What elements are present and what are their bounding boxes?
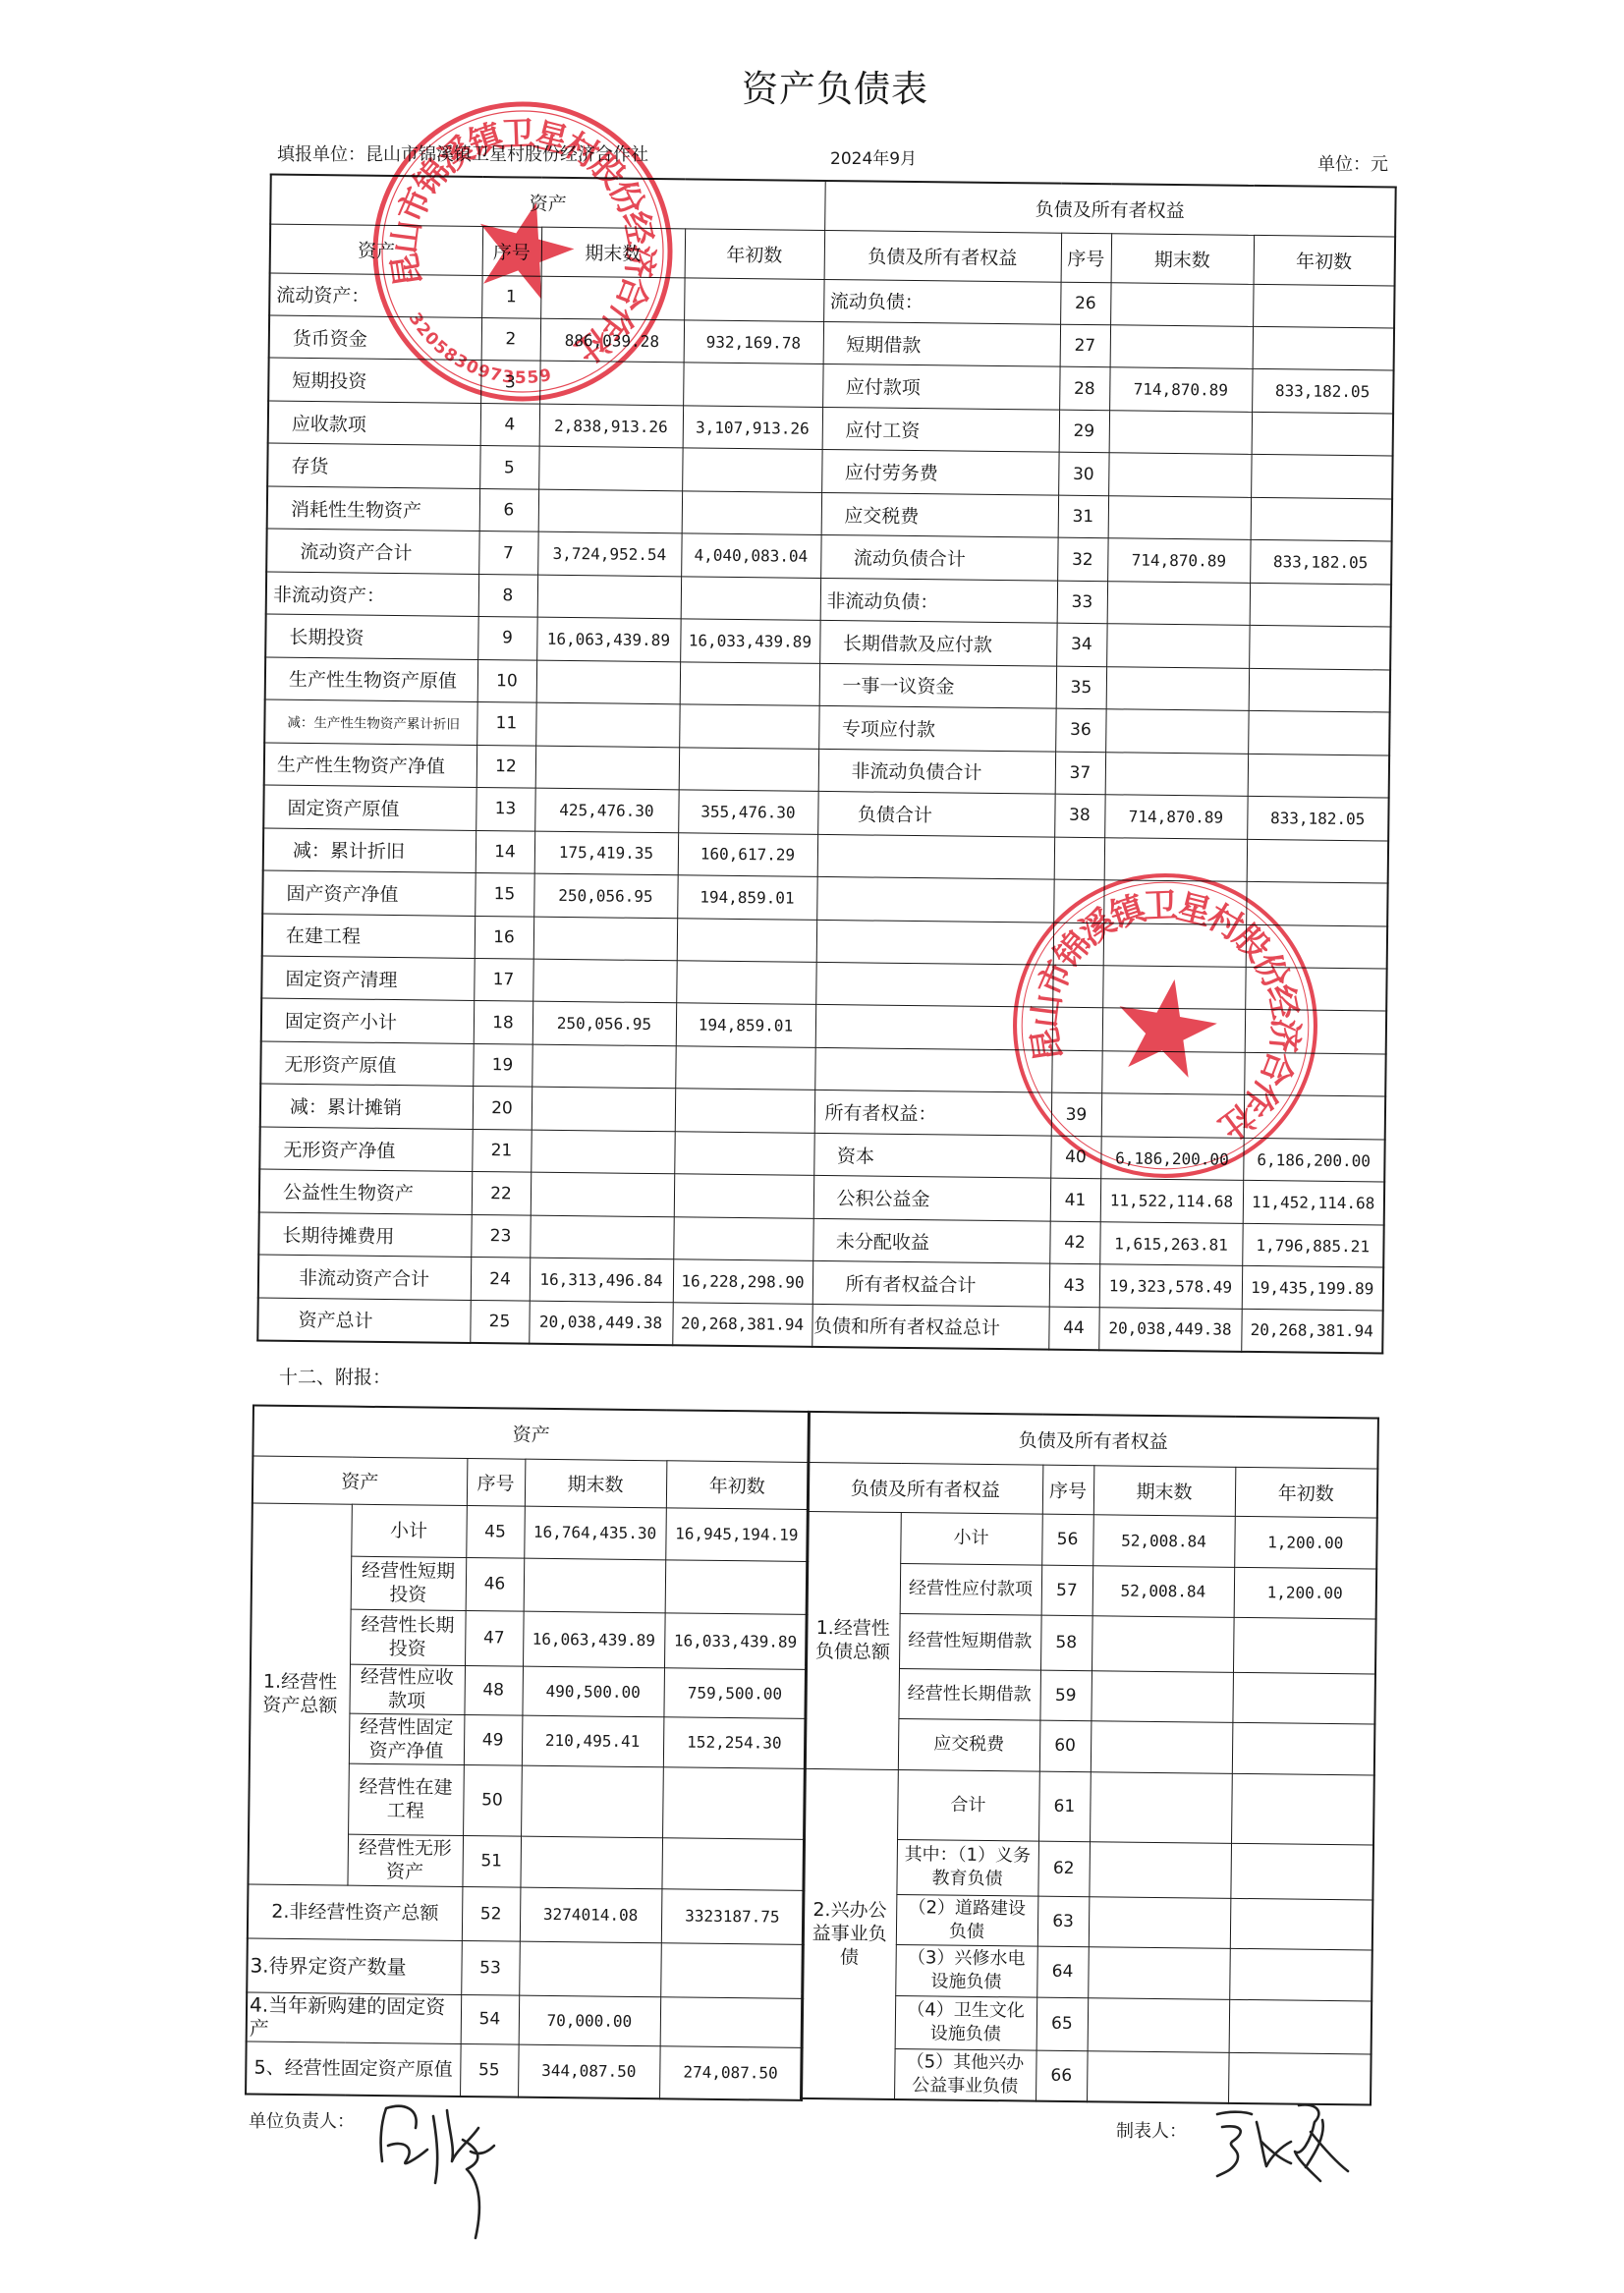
item-label: （5）其他兴办 公益事业负债 — [894, 2048, 1036, 2101]
right-item-label: 一事一议资金 — [819, 663, 1056, 708]
left-item-label: 资产总计 — [257, 1298, 470, 1343]
seq-number: 63 — [1037, 1896, 1090, 1947]
item-label: 经营性应付款项 — [900, 1563, 1042, 1615]
col-liability-end: 期末数 — [1093, 1465, 1236, 1516]
seq-number: 54 — [461, 1994, 520, 2044]
seq-number: 58 — [1040, 1615, 1092, 1671]
right-item-label: 应付款项 — [822, 364, 1059, 410]
left-begin-balance — [683, 363, 822, 407]
right-item-label — [816, 920, 1053, 965]
left-item-label: 应收款项 — [268, 401, 480, 446]
end-balance: 490,500.00 — [522, 1666, 664, 1717]
right-begin-balance: 1,796,885.21 — [1242, 1223, 1383, 1267]
left-seq-number: 12 — [476, 745, 535, 788]
end-balance: 52,008.84 — [1092, 1565, 1235, 1617]
item-label: 2.非经营性资产总额 — [248, 1884, 463, 1940]
assets-group-header: 资产 — [252, 1406, 810, 1462]
left-item-label: 固定资产清理 — [261, 956, 474, 1001]
end-balance — [1088, 1946, 1230, 1999]
left-seq-number: 14 — [476, 830, 534, 873]
left-begin-balance — [674, 1174, 813, 1218]
left-begin-balance: 20,268,381.94 — [672, 1303, 812, 1347]
col-liability-end: 期末数 — [1111, 233, 1255, 284]
right-item-label — [815, 962, 1052, 1007]
left-seq-number: 5 — [479, 446, 538, 489]
left-item-label: 长期投资 — [265, 614, 477, 659]
left-end-balance — [540, 276, 684, 320]
table-row: 1.经营性 资产总额小计4516,764,435.3016,945,194.19 — [252, 1503, 809, 1561]
balance-sheet-body: 流动资产：1流动负债：26货币资金2886,039.28932,169.78短期… — [257, 273, 1394, 1354]
left-end-balance: 20,038,449.38 — [529, 1301, 672, 1345]
right-item-label: 所有者权益： — [814, 1091, 1051, 1136]
left-end-balance — [532, 959, 676, 1003]
end-balance — [524, 1558, 666, 1613]
liabilities-group-header: 负债及所有者权益 — [824, 181, 1396, 237]
begin-balance: 152,254.30 — [663, 1716, 807, 1768]
col-asset-end: 期末数 — [541, 227, 686, 278]
left-end-balance: 250,056.95 — [533, 873, 677, 918]
end-balance — [1091, 1670, 1233, 1722]
left-item-label: 无形资产净值 — [259, 1127, 472, 1172]
right-end-balance: 1,615,263.81 — [1099, 1222, 1242, 1266]
left-seq-number: 15 — [475, 873, 533, 917]
right-seq-number: 29 — [1059, 410, 1109, 453]
right-end-balance — [1110, 325, 1253, 369]
left-seq-number: 25 — [470, 1300, 529, 1343]
end-balance — [1092, 1615, 1234, 1672]
balance-sheet: 资产 负债及所有者权益 资产 序号 期末数 年初数 负债及所有者权益 序号 期末… — [256, 174, 1394, 1353]
right-seq-number: 42 — [1049, 1221, 1099, 1264]
left-end-balance — [539, 362, 683, 406]
right-seq-number: 39 — [1051, 1093, 1101, 1137]
left-end-balance: 16,313,496.84 — [530, 1258, 673, 1302]
right-item-label: 负债合计 — [817, 792, 1054, 837]
category-label: 1.经营性 负债总额 — [805, 1511, 901, 1769]
right-item-label: 负债和所有者权益总计 — [812, 1304, 1048, 1349]
begin-balance — [1231, 1773, 1374, 1845]
balance-sheet-table: 资产 负债及所有者权益 资产 序号 期末数 年初数 负债及所有者权益 序号 期末… — [256, 174, 1396, 1355]
left-end-balance — [535, 702, 679, 747]
right-end-balance: 11,522,114.68 — [1100, 1179, 1243, 1223]
seq-number: 45 — [466, 1505, 525, 1558]
right-item-label: 长期借款及应付款 — [819, 621, 1056, 666]
left-seq-number: 10 — [477, 659, 536, 702]
end-balance — [1088, 1997, 1230, 2052]
left-item-label: 减：累计摊销 — [260, 1084, 473, 1129]
supplement-liabilities-table: 负债及所有者权益 负债及所有者权益 序号 期末数 年初数 1.经营性 负债总额小… — [800, 1411, 1379, 2106]
right-begin-balance — [1253, 326, 1394, 370]
left-begin-balance: 4,040,083.04 — [681, 533, 820, 578]
right-begin-balance — [1246, 881, 1387, 925]
left-begin-balance — [675, 1089, 814, 1133]
left-end-balance — [532, 1088, 675, 1132]
left-item-label: 流动资产： — [269, 273, 481, 318]
right-seq-number — [1052, 965, 1102, 1008]
right-end-balance: 19,323,578.49 — [1099, 1264, 1242, 1309]
begin-balance — [1229, 1999, 1372, 2054]
item-label: 5、经营性固定资产原值 — [246, 2041, 461, 2096]
right-seq-number: 26 — [1060, 282, 1110, 325]
page-title: 资产负债表 — [742, 69, 928, 110]
end-balance — [1087, 2050, 1229, 2103]
left-item-label: 非流动资产合计 — [258, 1255, 471, 1300]
left-begin-balance — [679, 704, 818, 749]
begin-balance: 274,087.50 — [659, 2045, 803, 2100]
table-row: 4.当年新购建的固定资 产5470,000.00 — [247, 1992, 804, 2047]
item-label: 经营性固定 资产净值 — [349, 1713, 465, 1764]
col-asset-item: 资产 — [252, 1456, 468, 1505]
right-seq-number — [1052, 1008, 1102, 1051]
begin-balance — [660, 1942, 804, 1998]
right-end-balance — [1106, 624, 1249, 668]
right-seq-number — [1051, 1050, 1101, 1093]
right-seq-number: 43 — [1049, 1263, 1099, 1307]
right-item-label: 应交税费 — [821, 492, 1058, 537]
right-seq-number: 38 — [1054, 794, 1104, 837]
left-begin-balance: 355,476.30 — [678, 790, 817, 834]
left-begin-balance — [677, 918, 816, 962]
item-label: 应交税费 — [898, 1718, 1040, 1771]
supplement-section: 资产 资产 序号 期末数 年初数 1.经营性 资产总额小计4516,764,43… — [245, 1405, 1377, 2106]
left-end-balance: 250,056.95 — [532, 1002, 676, 1046]
right-begin-balance — [1245, 1010, 1386, 1054]
left-begin-balance: 16,033,439.89 — [680, 619, 819, 663]
right-begin-balance: 6,186,200.00 — [1243, 1138, 1384, 1182]
right-item-label: 流动负债： — [823, 279, 1060, 324]
right-begin-balance — [1249, 668, 1390, 712]
seq-number: 47 — [465, 1610, 524, 1666]
left-item-label: 减：累计折旧 — [263, 828, 476, 873]
begin-balance — [1232, 1722, 1375, 1775]
right-item-label: 流动负债合计 — [820, 535, 1057, 581]
left-end-balance — [535, 746, 679, 790]
end-balance — [1089, 1841, 1231, 1898]
report-period: 2024年9月 — [830, 149, 917, 169]
right-begin-balance — [1245, 967, 1386, 1011]
right-begin-balance — [1246, 924, 1387, 969]
left-seq-number: 20 — [473, 1087, 532, 1130]
seq-number: 50 — [463, 1764, 522, 1836]
right-end-balance — [1105, 709, 1248, 754]
col-liability-seq: 序号 — [1061, 233, 1112, 283]
left-end-balance — [536, 660, 680, 704]
left-begin-balance: 160,617.29 — [678, 832, 817, 876]
end-balance: 344,087.50 — [518, 2044, 660, 2099]
begin-balance: 16,033,439.89 — [664, 1612, 808, 1669]
item-label: 经营性短期借款 — [899, 1613, 1041, 1670]
left-end-balance — [533, 917, 677, 961]
begin-balance — [1230, 1843, 1373, 1900]
col-asset-end: 期末数 — [525, 1459, 667, 1508]
left-begin-balance: 194,859.01 — [676, 1003, 815, 1047]
right-begin-balance — [1248, 711, 1389, 755]
begin-balance — [665, 1559, 809, 1614]
preparer-label: 制表人： — [1116, 2122, 1187, 2142]
left-begin-balance — [676, 961, 815, 1005]
seq-number: 59 — [1039, 1670, 1092, 1721]
begin-balance: 1,200.00 — [1234, 1567, 1377, 1619]
right-seq-number: 30 — [1058, 453, 1108, 496]
left-item-label: 固产资产净值 — [262, 870, 475, 916]
seq-number: 61 — [1038, 1771, 1091, 1842]
begin-balance: 1,200.00 — [1234, 1516, 1377, 1569]
right-seq-number: 31 — [1058, 495, 1108, 538]
left-item-label: 存货 — [267, 443, 479, 488]
right-seq-number: 44 — [1048, 1307, 1098, 1350]
preparer-signature — [1212, 2102, 1350, 2186]
begin-balance — [662, 1766, 806, 1839]
right-begin-balance — [1247, 839, 1388, 883]
left-seq-number: 22 — [472, 1172, 531, 1215]
right-item-label — [814, 1047, 1051, 1092]
left-seq-number: 8 — [478, 574, 537, 617]
end-balance — [1089, 1896, 1231, 1948]
left-item-label: 生产性生物资产净值 — [264, 743, 476, 788]
category-label: 1.经营性 资产总额 — [248, 1503, 351, 1885]
left-seq-number: 9 — [477, 617, 536, 660]
reporting-unit: 填报单位：昆山市锦溪镇卫星村股份经济合作社 — [277, 145, 648, 165]
col-liability-item: 负债及所有者权益 — [824, 230, 1062, 282]
end-balance: 210,495.41 — [522, 1715, 664, 1767]
seq-number: 57 — [1041, 1565, 1093, 1616]
item-label: 其中：（1）义务 教育负债 — [896, 1839, 1038, 1896]
seq-number: 52 — [462, 1886, 521, 1941]
group-header-row: 资产 — [252, 1406, 810, 1462]
assets-group-header: 资产 — [270, 175, 825, 230]
left-end-balance: 2,838,913.26 — [539, 404, 683, 448]
item-label: 经营性长期借款 — [898, 1668, 1040, 1720]
end-balance: 16,063,439.89 — [523, 1611, 665, 1668]
left-end-balance — [532, 1044, 675, 1089]
supplement-assets-table: 资产 资产 序号 期末数 年初数 1.经营性 资产总额小计4516,764,43… — [245, 1405, 811, 2101]
seq-number: 51 — [462, 1835, 521, 1887]
seq-number: 66 — [1036, 2050, 1088, 2102]
currency-unit: 单位：元 — [1317, 155, 1388, 175]
right-begin-balance — [1251, 497, 1392, 541]
left-seq-number: 2 — [481, 317, 540, 361]
category-label: 2.兴办公 益事业负 债 — [801, 1768, 898, 2099]
table-row: 5、经营性固定资产原值55344,087.50274,087.50 — [246, 2041, 803, 2099]
right-seq-number — [1053, 879, 1103, 923]
right-seq-number: 36 — [1055, 708, 1105, 752]
left-seq-number: 13 — [476, 788, 534, 831]
item-label: 经营性短期 投资 — [351, 1556, 467, 1610]
left-end-balance: 175,419.35 — [534, 831, 678, 875]
seq-number: 49 — [464, 1714, 523, 1765]
left-end-balance: 16,063,439.89 — [536, 617, 680, 661]
right-end-balance — [1105, 752, 1248, 796]
left-seq-number: 4 — [480, 403, 539, 446]
col-liability-begin: 年初数 — [1235, 1467, 1378, 1518]
right-item-label: 公积公益金 — [813, 1176, 1050, 1221]
left-begin-balance: 16,228,298.90 — [673, 1259, 812, 1304]
right-item-label: 非流动负债合计 — [818, 749, 1055, 794]
col-asset-seq: 序号 — [467, 1458, 526, 1506]
right-begin-balance — [1253, 284, 1394, 328]
begin-balance: 16,945,194.19 — [665, 1507, 809, 1561]
right-end-balance — [1110, 282, 1253, 326]
supplement-title: 十二、附报： — [279, 1367, 391, 1388]
begin-balance: 3323187.75 — [661, 1888, 805, 1944]
left-end-balance — [537, 575, 681, 619]
left-item-label: 减：生产性生物资产累计折旧 — [264, 699, 476, 745]
left-item-label: 在建工程 — [262, 914, 475, 959]
right-begin-balance — [1251, 455, 1392, 499]
begin-balance — [1230, 1898, 1373, 1950]
left-seq-number: 7 — [478, 531, 537, 575]
left-begin-balance — [682, 491, 821, 535]
right-end-balance: 714,870.89 — [1107, 538, 1250, 583]
right-item-label: 非流动负债： — [820, 578, 1057, 623]
left-item-label: 生产性生物资产原值 — [265, 657, 477, 702]
left-item-label: 无形资产原值 — [260, 1041, 473, 1087]
seq-number: 60 — [1039, 1720, 1092, 1772]
right-begin-balance — [1249, 626, 1390, 670]
col-asset-begin: 年初数 — [685, 228, 825, 279]
right-end-balance: 714,870.89 — [1109, 367, 1252, 412]
item-label: 3.待界定资产数量 — [247, 1938, 462, 1994]
end-balance: 3274014.08 — [520, 1887, 662, 1943]
right-end-balance — [1108, 496, 1251, 540]
unit-head-signature — [376, 2100, 506, 2240]
right-item-label: 应付工资 — [822, 407, 1059, 452]
left-end-balance — [538, 489, 682, 533]
item-label: （4）卫生文化 设施负债 — [895, 1995, 1037, 2050]
seq-number: 62 — [1037, 1841, 1090, 1897]
left-seq-number: 18 — [474, 1001, 532, 1044]
table-row: 3.待界定资产数量53 — [247, 1938, 804, 1998]
left-end-balance — [531, 1130, 674, 1174]
right-end-balance — [1104, 837, 1247, 881]
col-asset-item: 资产 — [270, 224, 483, 275]
left-begin-balance: 194,859.01 — [677, 875, 816, 920]
col-liability-begin: 年初数 — [1254, 235, 1396, 286]
supplement-assets-body: 1.经营性 资产总额小计4516,764,435.3016,945,194.19… — [246, 1503, 809, 2100]
right-end-balance — [1108, 453, 1251, 497]
end-balance — [1091, 1720, 1233, 1773]
item-label: 经营性长期 投资 — [350, 1609, 466, 1665]
end-balance: 16,764,435.30 — [524, 1506, 666, 1560]
begin-balance — [1228, 2052, 1372, 2105]
liabilities-group-header: 负债及所有者权益 — [808, 1412, 1378, 1469]
left-item-label: 流动资产合计 — [266, 529, 478, 574]
unit-head-label: 单位负责人： — [249, 2112, 355, 2132]
left-item-label: 货币资金 — [269, 315, 481, 361]
right-seq-number: 37 — [1055, 752, 1105, 795]
right-item-label — [815, 1005, 1052, 1050]
end-balance — [520, 1836, 662, 1889]
right-seq-number: 34 — [1056, 623, 1106, 666]
begin-balance — [1232, 1672, 1375, 1724]
right-begin-balance — [1248, 754, 1389, 798]
right-item-label: 应付劳务费 — [821, 450, 1058, 495]
right-begin-balance: 19,435,199.89 — [1242, 1266, 1383, 1311]
right-begin-balance — [1244, 1052, 1385, 1096]
right-begin-balance: 20,268,381.94 — [1241, 1309, 1382, 1353]
left-end-balance: 886,039.28 — [540, 318, 684, 363]
left-seq-number: 23 — [471, 1214, 530, 1258]
end-balance — [521, 1765, 663, 1838]
right-seq-number: 40 — [1050, 1136, 1100, 1179]
left-seq-number: 19 — [473, 1043, 532, 1087]
right-item-label: 未分配收益 — [812, 1218, 1049, 1263]
table-row: 2.非经营性资产总额523274014.083323187.75 — [248, 1884, 805, 1944]
left-seq-number: 24 — [471, 1258, 530, 1301]
right-seq-number — [1054, 837, 1104, 880]
left-begin-balance — [673, 1217, 812, 1261]
right-end-balance — [1107, 582, 1250, 626]
right-begin-balance: 833,182.05 — [1250, 540, 1391, 585]
item-label: 经营性应收 款项 — [349, 1664, 465, 1714]
right-end-balance: 714,870.89 — [1104, 795, 1247, 839]
right-end-balance — [1103, 880, 1246, 924]
col-asset-seq: 序号 — [482, 226, 542, 276]
left-seq-number: 16 — [475, 916, 533, 959]
column-header-row: 负债及所有者权益 序号 期末数 年初数 — [808, 1462, 1378, 1518]
begin-balance — [660, 1996, 804, 2047]
right-item-label: 专项应付款 — [818, 706, 1055, 752]
right-end-balance — [1102, 1008, 1245, 1052]
right-seq-number: 27 — [1060, 324, 1110, 367]
left-seq-number: 17 — [474, 958, 532, 1001]
end-balance — [1090, 1771, 1232, 1843]
right-seq-number — [1053, 923, 1103, 966]
right-item-label — [816, 876, 1053, 922]
left-item-label: 固定资产原值 — [263, 785, 476, 830]
left-item-label: 消耗性生物资产 — [267, 486, 479, 531]
right-seq-number: 32 — [1057, 537, 1107, 581]
left-item-label: 公益性生物资产 — [259, 1169, 472, 1214]
left-item-label: 固定资产小计 — [261, 998, 474, 1043]
left-seq-number: 1 — [481, 275, 540, 318]
left-end-balance — [531, 1172, 674, 1216]
right-item-label: 短期借款 — [823, 321, 1060, 366]
seq-number: 65 — [1036, 1997, 1089, 2051]
left-item-label: 非流动资产： — [266, 572, 478, 617]
left-begin-balance: 3,107,913.26 — [683, 406, 822, 450]
right-end-balance — [1101, 1093, 1244, 1138]
right-end-balance: 6,186,200.00 — [1100, 1137, 1243, 1181]
seq-number: 56 — [1041, 1514, 1093, 1566]
begin-balance: 759,500.00 — [663, 1667, 807, 1718]
item-label: 经营性无形 资产 — [347, 1834, 463, 1886]
item-label: 经营性在建 工程 — [348, 1763, 464, 1835]
right-begin-balance — [1252, 412, 1393, 456]
left-seq-number: 11 — [476, 702, 535, 746]
right-item-label: 所有者权益合计 — [812, 1261, 1049, 1307]
table-row: 1.经营性 负债总额小计5652,008.841,200.00 — [807, 1511, 1377, 1569]
right-begin-balance — [1250, 583, 1391, 627]
item-label: 小计 — [351, 1504, 467, 1557]
left-end-balance — [538, 447, 682, 491]
right-seq-number: 33 — [1057, 581, 1107, 624]
right-seq-number: 28 — [1059, 367, 1109, 411]
right-end-balance — [1109, 411, 1252, 455]
left-end-balance: 3,724,952.54 — [537, 531, 681, 576]
left-end-balance: 425,476.30 — [534, 788, 678, 832]
right-end-balance: 20,038,449.38 — [1098, 1307, 1241, 1351]
group-header-row: 负债及所有者权益 — [808, 1412, 1378, 1469]
item-label: 小计 — [900, 1512, 1042, 1565]
left-seq-number: 6 — [479, 488, 538, 531]
left-seq-number: 21 — [472, 1129, 531, 1172]
seq-number: 55 — [460, 2043, 519, 2097]
left-seq-number: 3 — [480, 361, 539, 404]
seq-number: 53 — [461, 1940, 520, 1995]
end-balance: 70,000.00 — [519, 1995, 661, 2046]
begin-balance — [661, 1837, 805, 1890]
table-row: 2.兴办公 益事业负 债合计61 — [804, 1768, 1374, 1845]
